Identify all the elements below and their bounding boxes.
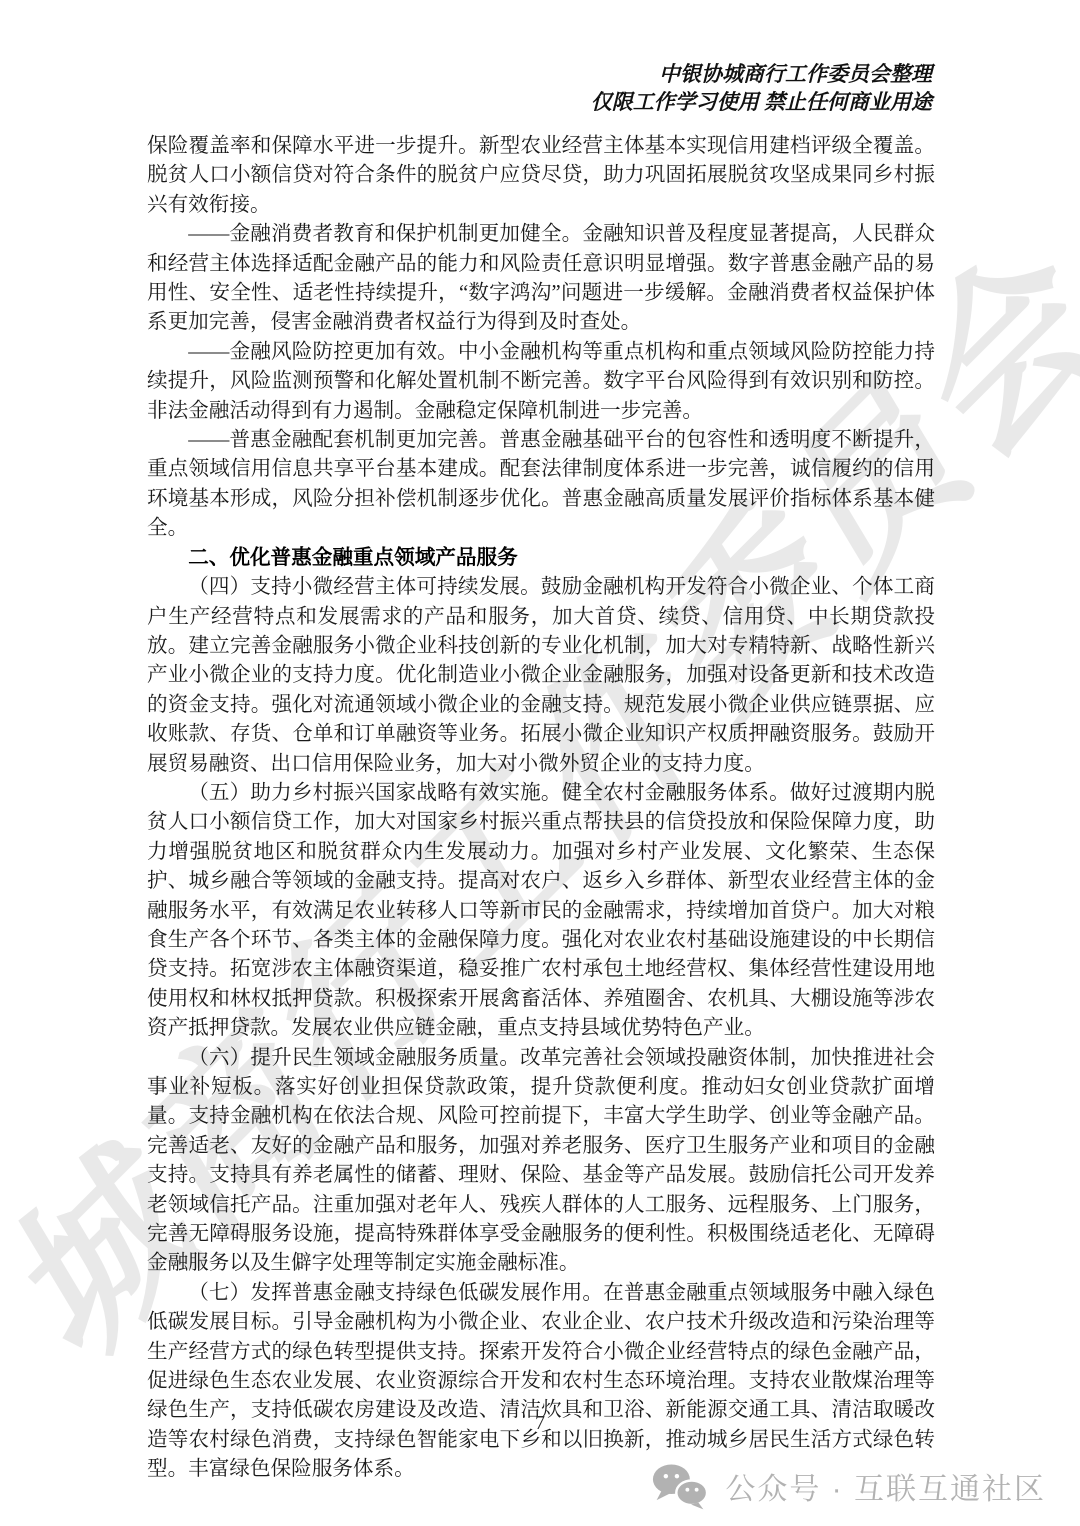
paragraph: ——金融消费者教育和保护机制更加健全。金融知识普及程度显著提高，人民群众和经营主… xyxy=(147,220,935,338)
footer-brand: 公众号 · 互联互通社区 xyxy=(649,1462,1046,1510)
header-line-1: 中银协城商行工作委员会整理 xyxy=(591,60,932,88)
paragraph: （四）支持小微经营主体可持续发展。鼓励金融机构开发符合小微企业、个体工商户生产经… xyxy=(147,573,935,779)
wechat-icon xyxy=(649,1462,711,1510)
paragraph: （六）提升民生领域金融服务质量。改革完善社会领域投融资体制，加快推进社会事业补短… xyxy=(147,1044,935,1279)
page-number: 7 xyxy=(0,1412,1080,1435)
document-body: 保险覆盖率和保障水平进一步提升。新型农业经营主体基本实现信用建档评级全覆盖。脱贫… xyxy=(147,132,935,1485)
header-line-2: 仅限工作学习使用 禁止任何商业用途 xyxy=(591,88,932,116)
section-heading: 二、优化普惠金融重点领域产品服务 xyxy=(147,544,935,573)
page-header: 中银协城商行工作委员会整理 仅限工作学习使用 禁止任何商业用途 xyxy=(591,60,932,116)
paragraph: （七）发挥普惠金融支持绿色低碳发展作用。在普惠金融重点领域服务中融入绿色低碳发展… xyxy=(147,1279,935,1485)
paragraph: 保险覆盖率和保障水平进一步提升。新型农业经营主体基本实现信用建档评级全覆盖。脱贫… xyxy=(147,132,935,220)
paragraph: ——普惠金融配套机制更加完善。普惠金融基础平台的包容性和透明度不断提升，重点领域… xyxy=(147,426,935,544)
document-page: 城商行工作委员会 中银协城商行工作委员会整理 仅限工作学习使用 禁止任何商业用途… xyxy=(0,0,1080,1526)
paragraph: ——金融风险防控更加有效。中小金融机构等重点机构和重点领域风险防控能力持续提升，… xyxy=(147,338,935,426)
paragraph: （五）助力乡村振兴国家战略有效实施。健全农村金融服务体系。做好过渡期内脱贫人口小… xyxy=(147,779,935,1044)
footer-brand-label: 公众号 · 互联互通社区 xyxy=(725,1464,1046,1508)
